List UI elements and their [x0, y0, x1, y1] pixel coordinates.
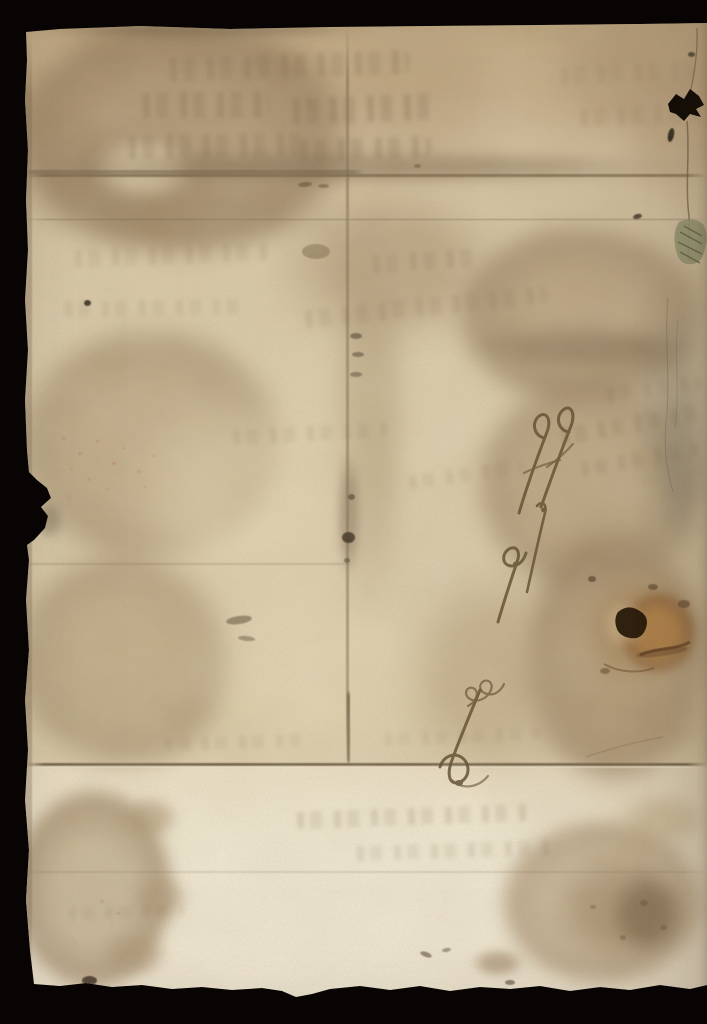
detail-overlay	[0, 0, 707, 1024]
scan-image	[0, 0, 707, 1024]
paper-sheet	[0, 0, 707, 1024]
paper-grain-texture	[0, 0, 707, 1024]
wax-remnant	[674, 219, 706, 264]
